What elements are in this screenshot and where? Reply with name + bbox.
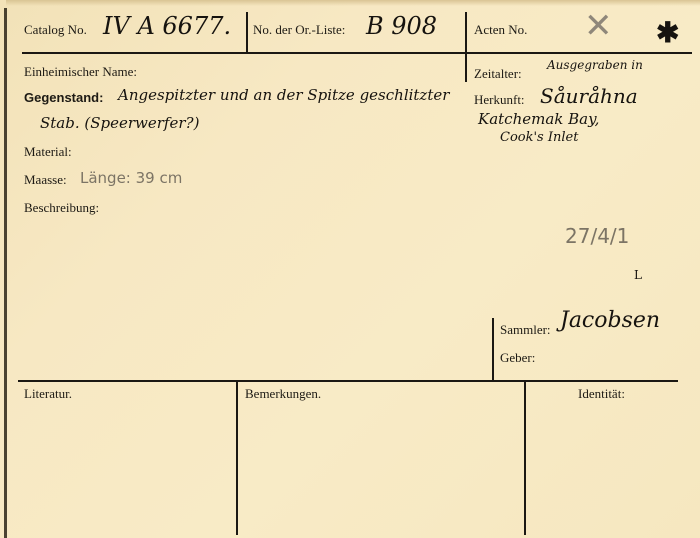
sammler-divider bbox=[492, 318, 494, 382]
herkunft-value-line1: Såuråhna bbox=[540, 84, 638, 108]
corner-check-mark: ✱ bbox=[656, 16, 679, 49]
beschreibung-label: Beschreibung: bbox=[24, 200, 99, 216]
card-left-edge bbox=[4, 8, 7, 538]
header-divider-2 bbox=[465, 12, 467, 82]
zeitalter-value: Ausgegraben in bbox=[547, 58, 643, 72]
header-divider-1 bbox=[246, 12, 248, 54]
geber-label: Geber: bbox=[500, 350, 535, 366]
bemerkungen-label: Bemerkungen. bbox=[245, 386, 321, 402]
footer-divider-2 bbox=[524, 380, 526, 535]
catalog-no-label: Catalog No. bbox=[24, 22, 87, 38]
zeitalter-label: Zeitalter: bbox=[474, 66, 522, 82]
small-mark: L bbox=[634, 268, 642, 282]
herkunft-label: Herkunft: bbox=[474, 92, 525, 108]
footer-rule bbox=[18, 380, 678, 382]
literatur-label: Literatur. bbox=[24, 386, 72, 402]
catalog-no-value: IV A 6677. bbox=[103, 12, 231, 40]
gegenstand-label: Gegenstand: bbox=[24, 90, 103, 105]
acten-no-value: ✕ bbox=[584, 6, 613, 46]
acten-no-label: Acten No. bbox=[474, 22, 527, 38]
or-liste-label: No. der Or.-Liste: bbox=[253, 22, 345, 38]
einheimischer-name-label: Einheimischer Name: bbox=[24, 64, 137, 80]
sammler-label: Sammler: bbox=[500, 322, 551, 338]
sammler-value: Jacobsen bbox=[560, 308, 660, 333]
material-label: Material: bbox=[24, 144, 72, 160]
date-note: 27/4/1 bbox=[565, 224, 629, 248]
gegenstand-value-line1: Angespitzter und an der Spitze geschlitz… bbox=[118, 86, 449, 104]
herkunft-value-line2: Katchemak Bay, bbox=[478, 110, 599, 128]
gegenstand-value-line2: Stab. (Speerwerfer?) bbox=[40, 114, 199, 132]
or-liste-value: B 908 bbox=[366, 12, 437, 40]
maasse-label: Maasse: bbox=[24, 172, 67, 188]
maasse-value: Länge: 39 cm bbox=[80, 169, 182, 187]
catalog-card: Catalog No. IV A 6677. No. der Or.-Liste… bbox=[0, 0, 700, 538]
identitaet-label: Identität: bbox=[578, 386, 625, 402]
footer-divider-1 bbox=[236, 380, 238, 535]
header-rule bbox=[22, 52, 692, 54]
herkunft-value-line3: Cook's Inlet bbox=[500, 130, 578, 145]
